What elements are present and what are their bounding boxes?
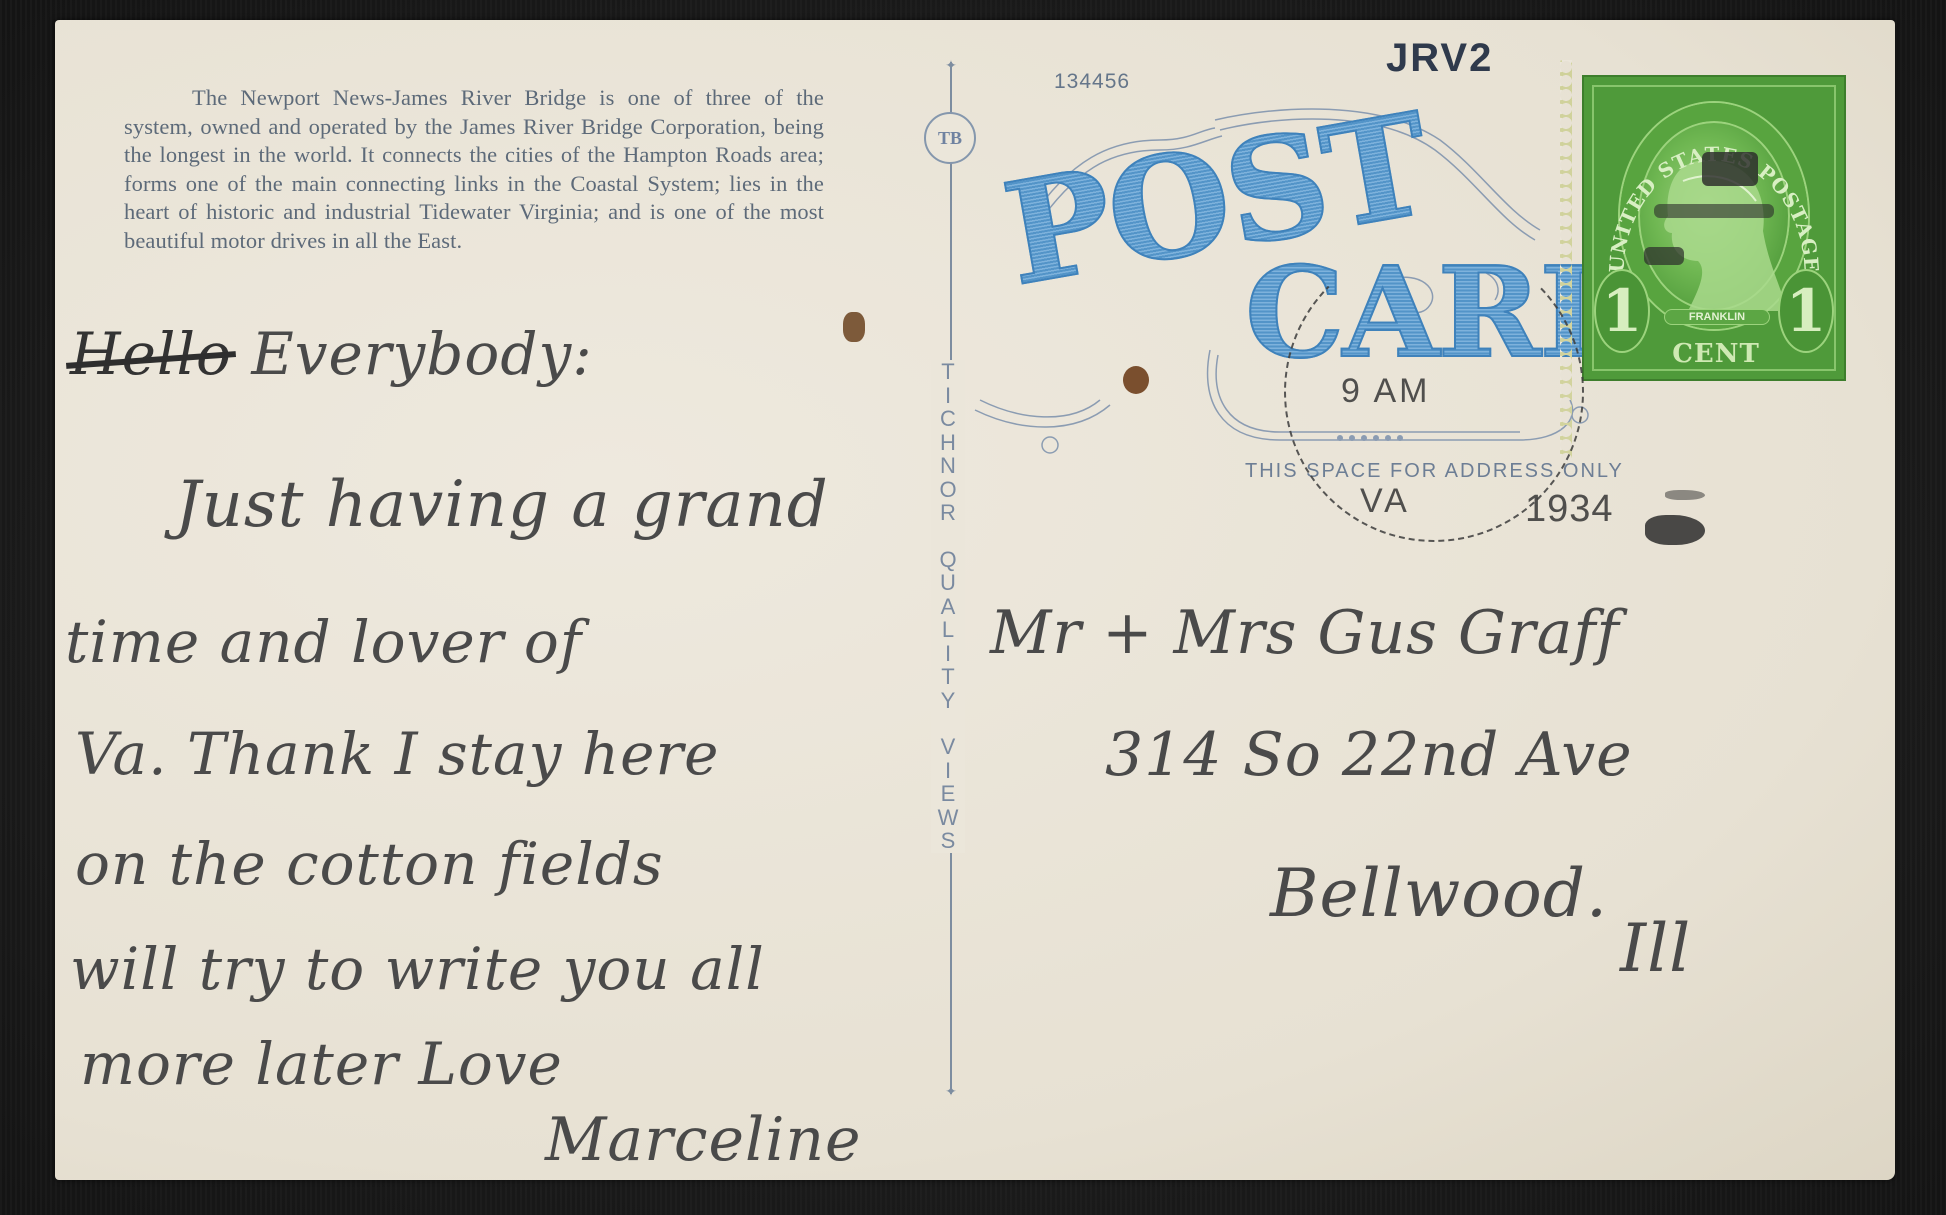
- vertical-letter: R: [931, 501, 965, 525]
- greeting-text: Everybody:: [251, 320, 592, 388]
- vertical-letter: I: [931, 759, 965, 783]
- stain-spot: [843, 312, 865, 342]
- vertical-letter: A: [931, 595, 965, 619]
- struck-word: Hello: [70, 320, 232, 388]
- message-line: on the cotton fields: [75, 830, 664, 898]
- vertical-letter: O: [931, 478, 965, 502]
- postage-stamp: UNITED STATES POSTAGE FRANKLIN 1 1 CENT: [1582, 75, 1846, 381]
- vertical-letter: L: [931, 618, 965, 642]
- address-line-name: Mr + Mrs Gus Graff: [990, 598, 1620, 668]
- vertical-letter: I: [931, 642, 965, 666]
- message-signature: Marceline: [545, 1105, 862, 1175]
- printed-description: The Newport News-James River Bridge is o…: [124, 84, 824, 256]
- publisher-monogram: TB: [938, 128, 962, 149]
- stain-spot: [1123, 366, 1149, 394]
- vertical-letter: W: [931, 806, 965, 830]
- message-line: time and lover of: [65, 608, 582, 676]
- vertical-gap: [931, 712, 965, 735]
- postmark-year: 1934: [1525, 488, 1614, 531]
- postcard-back: The Newport News-James River Bridge is o…: [55, 20, 1895, 1180]
- vertical-letter: T: [931, 665, 965, 689]
- vertical-gap: [931, 525, 965, 548]
- stamp-portrait-name: FRANKLIN: [1664, 309, 1770, 325]
- cancel-mark: [1702, 152, 1758, 186]
- stamp-denomination-right: 1: [1778, 269, 1834, 353]
- ink-smudge: [1645, 515, 1705, 545]
- divider-bottom-ornament-icon: ✦: [944, 1084, 958, 1098]
- message-line: more later Love: [80, 1030, 563, 1098]
- cancel-mark: [1644, 247, 1684, 265]
- ink-smudge: [1665, 490, 1705, 500]
- divider-top-ornament-icon: ✦: [944, 58, 958, 72]
- vertical-letter: U: [931, 571, 965, 595]
- address-line-street: 314 So 22nd Ave: [1105, 720, 1633, 790]
- vertical-letter: S: [931, 829, 965, 853]
- vertical-letter: E: [931, 782, 965, 806]
- cancel-mark: [1654, 204, 1774, 218]
- stamp-denomination-left: 1: [1594, 269, 1650, 353]
- vertical-letter: Y: [931, 689, 965, 713]
- stamp-unit: CENT: [1650, 339, 1782, 369]
- message-line: Va. Thank I stay here: [75, 720, 720, 788]
- vertical-letter: Q: [931, 548, 965, 572]
- postmark-state: VA: [1360, 482, 1411, 521]
- serial-number: 134456: [1054, 70, 1130, 94]
- message-greeting: Hello Everybody:: [70, 320, 593, 388]
- catalog-tag: JRV2: [1386, 36, 1493, 81]
- vertical-letter: V: [931, 735, 965, 759]
- message-line: Just having a grand: [175, 468, 829, 542]
- message-line: will try to write you all: [70, 935, 765, 1003]
- address-line-state: Ill: [1620, 910, 1691, 987]
- postmark-time: 9 AM: [1341, 372, 1430, 411]
- address-line-city: Bellwood.: [1270, 855, 1608, 932]
